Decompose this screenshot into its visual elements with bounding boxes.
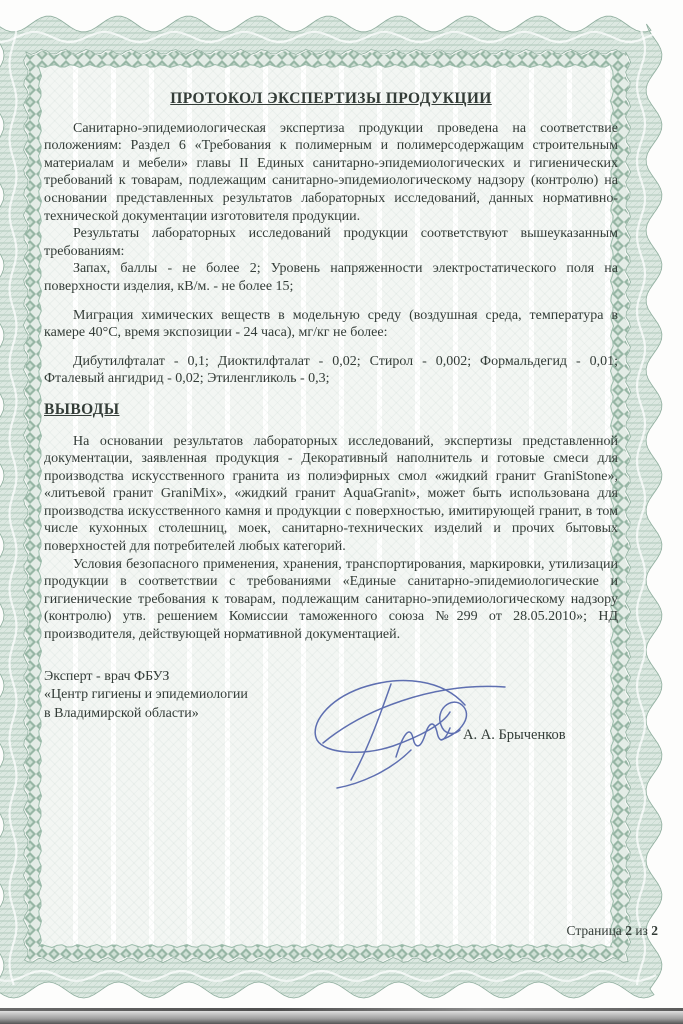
certificate-sheet: ПРОТОКОЛ ЭКСПЕРТИЗЫ ПРОДУКЦИИ Санитарно-… [0,0,683,1008]
spacer [44,342,618,353]
certificate-body: ПРОТОКОЛ ЭКСПЕРТИЗЫ ПРОДУКЦИИ Санитарно-… [44,0,618,723]
paragraph-conclusion-2: Условия безопасного применения, хранения… [44,556,618,644]
paragraph-substances: Дибутилфталат - 0,1; Диоктилфталат - 0,0… [44,353,618,388]
handwritten-signature [293,662,513,797]
paragraph-migration: Миграция химических веществ в модельную … [44,307,618,342]
scanner-edge-strip [0,1011,683,1024]
paragraph-intro: Санитарно-эпидемиологическая экспертиза … [44,120,618,226]
spacer [44,296,618,307]
paragraph-results: Результаты лабораторных исследований про… [44,225,618,260]
paragraph-odor-field: Запах, баллы - не более 2; Уровень напря… [44,260,618,295]
document-title: ПРОТОКОЛ ЭКСПЕРТИЗЫ ПРОДУКЦИИ [44,90,618,109]
paragraph-conclusion-1: На основании результатов лабораторных ис… [44,433,618,556]
page-number: Страница 2 из 2 [44,922,658,940]
conclusions-heading: ВЫВОДЫ [44,401,618,420]
